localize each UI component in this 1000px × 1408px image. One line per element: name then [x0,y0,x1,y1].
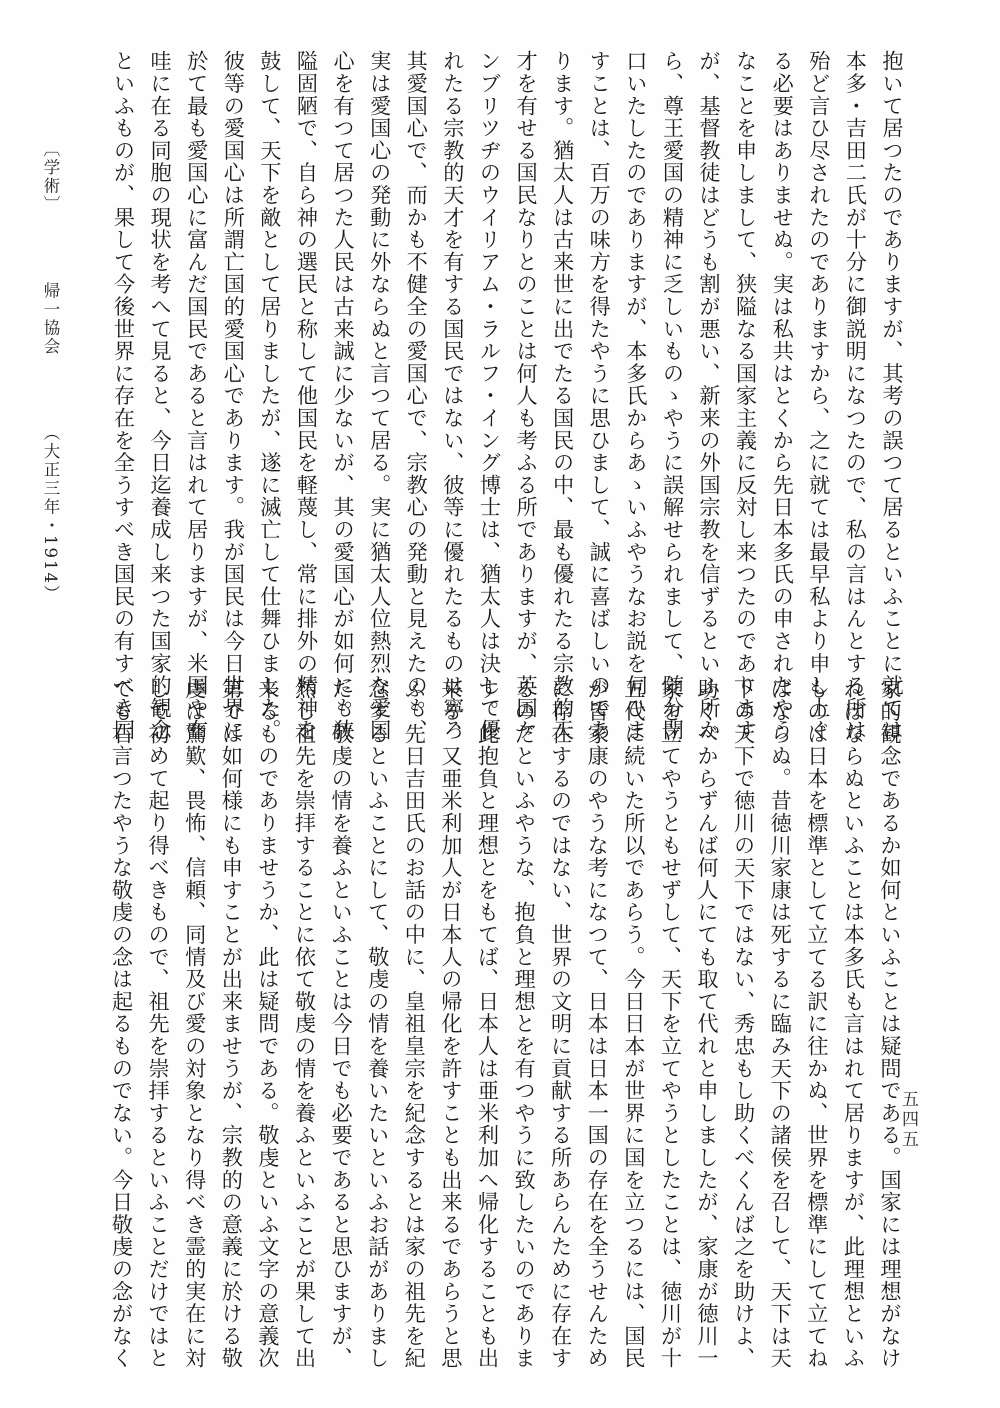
text-column: す。此抱負と理想とをもてば、日本人は亜米利加へ帰化することも出 [469,678,506,1258]
association-name: 帰一協会 [38,282,62,356]
text-column: 口いたしたのでありますが、本多氏からあゝいふやうなお説を伺ひま [617,50,654,630]
text-column: る必要はありませぬ。実は私共はとくから先日本多氏の申されたやう [764,50,801,630]
text-column: 本多・吉田二氏が十分に御説明になつたので、私の言はんとする所は [837,50,874,630]
text-column: ものは日本を標準として立てる訳に往かぬ、世界を標準にして立てね [798,678,835,1258]
text-column: 来る、又亜米利加人が日本人の帰化を許すことも出来るであらうと思 [432,678,469,1258]
year-label: （大正三年・1914） [38,424,62,604]
text-column: に存在するのではない、世界の文明に貢献する所あらんために存在す [542,678,579,1258]
text-column: 念するといふことにして、敬虔の情を養いたいといふお話がありまし [359,678,396,1258]
text-column: 実は愛国心の発動に外ならぬと言つて居る。実に猶太人位熱烈な愛国 [361,50,398,630]
text-column: が皆家康のやうな考になつて、日本は日本一国の存在を全うせんため [579,678,616,1258]
text-column: 於て最も愛国心に富んだ国民であると言はれて居りますが、米国や布 [178,50,215,630]
text-column: ら、尊王愛国の精神に乏しいものゝやうに誤解せられまして、随分閉 [654,50,691,630]
text-column: た。敬虔の情を養ふといふことは今日でも必要であると思ひますが、 [323,678,360,1258]
text-column: 下の天下で徳川の天下ではない、秀忠もし助くべくんば之を助けよ、 [725,678,762,1258]
text-column: 彼等の愛国心は所謂亡国的愛国心であります。我が国民は今日世界に [215,50,252,630]
text-column: れたる宗教的天才を有する国民ではない、彼等に優れたるものは寧ろ [434,50,471,630]
text-column: 心を有つて居つた人民は古来誠に少ないが、其の愛国心が如何にも狭 [325,50,362,630]
body-text-bottom-section: 家的観念であるか如何といふことは疑問である。国家には理想がなけ ればならぬといふ… [103,678,908,1258]
document-page: 抱いて居つたのでありますが、其考の誤つて居るといふことに就ては 本多・吉田二氏が… [0,0,1000,1408]
text-column: 虔は驚歎、畏怖、信頼、同情及び愛の対象となり得べき霊的実在に対 [176,678,213,1258]
text-column: ればならぬといふことは本多氏も言はれて居りますが、此理想といふ [835,678,872,1258]
body-text-top-section: 抱いて居つたのでありますが、其考の誤つて居るといふことに就ては 本多・吉田二氏が… [105,50,910,630]
text-column: るのだといふやうな、抱負と理想とを有つやうに致したいのでありま [505,678,542,1258]
text-column: 第では如何様にも申すことが出来ませうが、宗教的の意義に於ける敬 [213,678,250,1258]
text-column: といふものが、果して今後世界に存在を全うすべき国民の有すべき国 [105,50,142,630]
text-column: 家的観念であるか如何といふことは疑問である。国家には理想がなけ [871,678,908,1258]
text-column: 五代に続いた所以であらう。今日日本が世界に国を立つるには、国民 [615,678,652,1258]
text-column: ンブリツヂのウイリアム・ラルフ・イング博士は、猶太人は決して優 [471,50,508,630]
text-column: ても右言つたやうな敬虔の念は起るものでない。今日敬虔の念がなく [103,678,140,1258]
text-column: すことは、百万の味方を得たやうに思ひまして、誠に喜ばしいのであ [581,50,618,630]
text-column: 来るものでありませうか、此は疑問である。敬虔といふ文字の意義次 [249,678,286,1258]
text-column: 助くべからずんば何人にても取て代れと申しましたが、家康が徳川一 [688,678,725,1258]
text-column: 殆ど言ひ尽されたのでありますから、之に就ては最早私より申し上ぐ [800,50,837,630]
section-label: 〔学術〕 [38,140,62,214]
text-column: 其愛国心で、而かも不健全の愛国心で、宗教心の発動と見えたのも、 [398,50,435,630]
text-column: 隘固陋で、自ら神の選民と称して他国民を軽蔑し、常に排外の精神を [288,50,325,630]
page-number: 五四五 [896,1090,921,1150]
running-footer: 〔学術〕 帰一協会 （大正三年・1914） [38,140,62,604]
text-column: 抱いて居つたのでありますが、其考の誤つて居るといふことに就ては [873,50,910,630]
text-column: なことを申しまして、狭隘なる国家主義に反対し来つたのであります [727,50,764,630]
text-column: ばならぬ。昔徳川家康は死するに臨み天下の諸侯を召して、天下は天 [762,678,799,1258]
text-column: 才を有せる国民なりとのことは何人も考ふる所でありますが、英国ケ [507,50,544,630]
text-column: 然し祖先を崇拝することに依て敬虔の情を養ふといふことが果して出 [286,678,323,1258]
text-column: 鼓して、天下を敵として居りましたが、遂に滅亡して仕舞ひました。 [251,50,288,630]
text-column: して初めて起り得べきもので、祖先を崇拝するといふことだけではと [140,678,177,1258]
text-column: 家を立てやうともせずして、天下を立てやうとしたことは、徳川が十 [652,678,689,1258]
text-column: 哇に在る同胞の現状を考へて見ると、今日迄養成し来つた国家的観念 [142,50,179,630]
text-column: ふ。先日吉田氏のお話の中に、皇祖皇宗を紀念するとは家の祖先を紀 [396,678,433,1258]
text-column: が、基督教徒はどうも割が悪い、新来の外国宗教を信ずるといふ所か [690,50,727,630]
text-column: ります。猶太人は古来世に出でたる国民の中、最も優れたる宗教的天 [544,50,581,630]
